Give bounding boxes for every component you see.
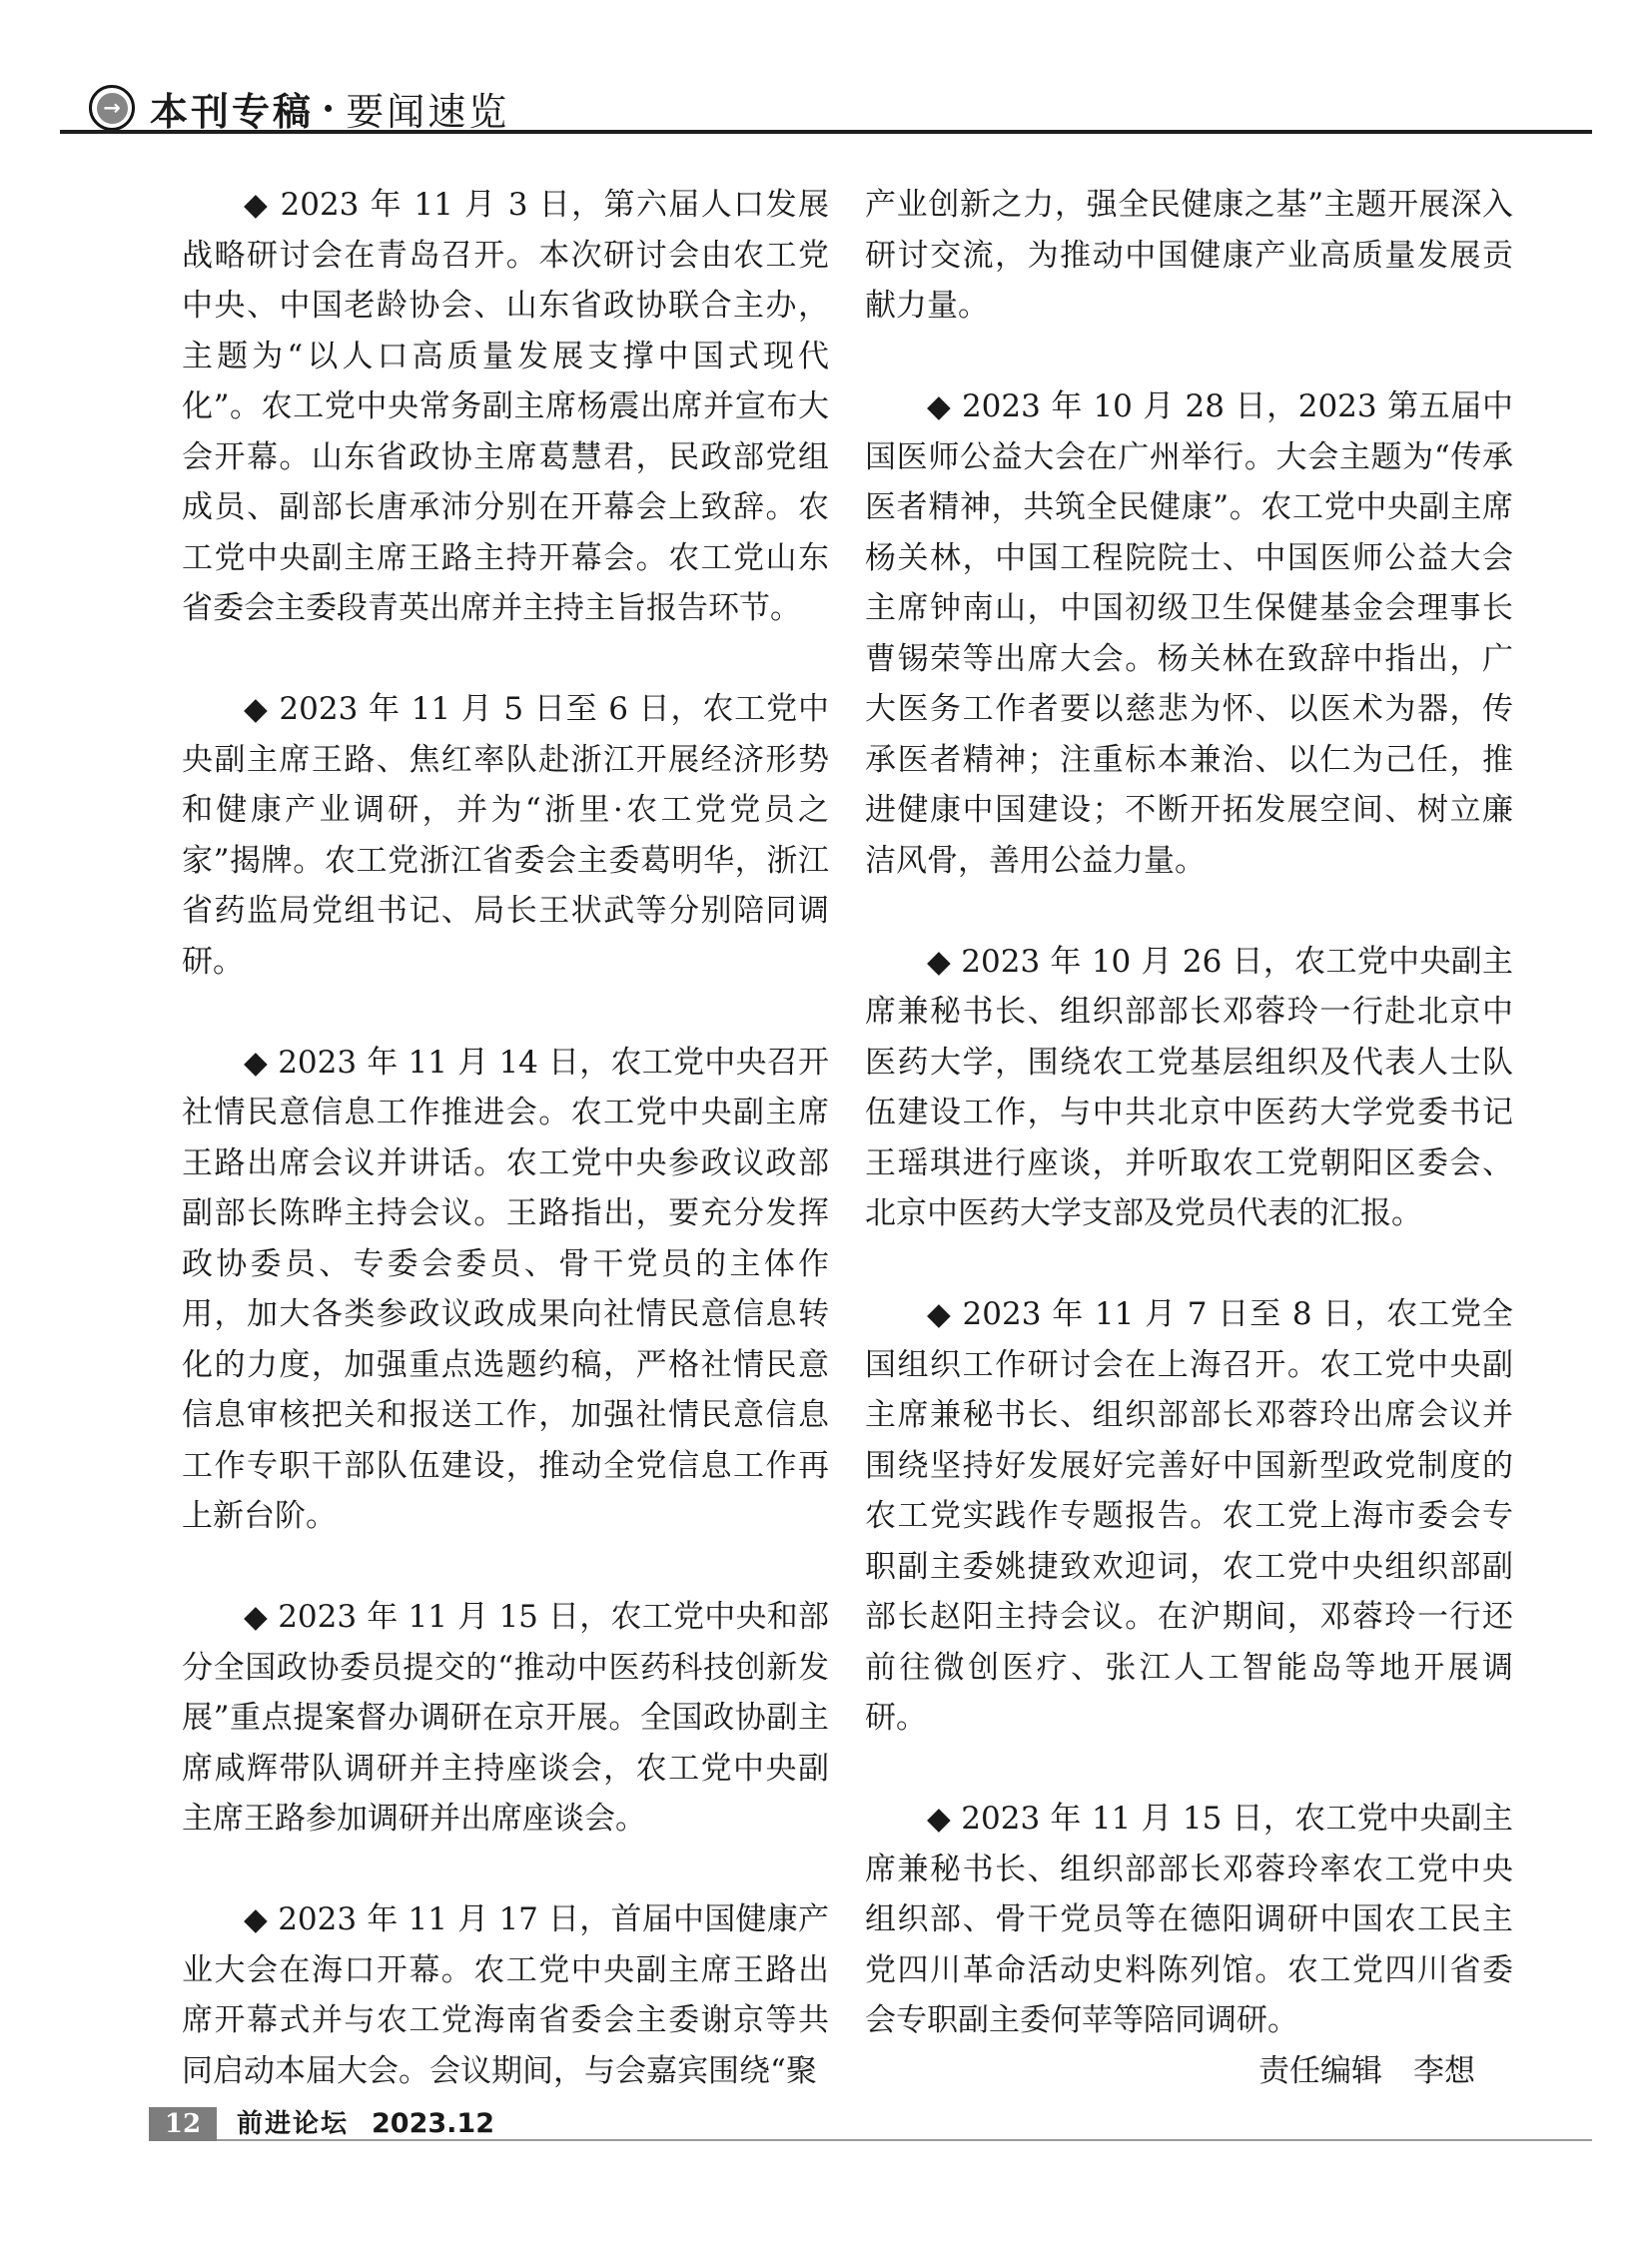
issue-number: 2023.12 xyxy=(372,2107,494,2141)
footer-rule xyxy=(217,2139,1592,2141)
paragraph: ◆ 2023 年 11 月 15 日，农工党中央副主席兼秘书长、组织部部长邓蓉玲… xyxy=(865,1794,1513,2046)
article-body: ◆ 2023 年 11 月 3 日，第六届人口发展战略研讨会在青岛召开。本次研讨… xyxy=(182,180,1513,2096)
section-title-main: 本刊专稿 xyxy=(150,81,314,136)
journal-name: 前进论坛 xyxy=(237,2107,349,2141)
paragraph: ◆ 2023 年 10 月 26 日，农工党中央副主席兼秘书长、组织部部长邓蓉玲… xyxy=(865,937,1513,1239)
paragraph: ◆ 2023 年 11 月 14 日，农工党中央召开社情民意信息工作推进会。农工… xyxy=(182,1038,829,1542)
arrow-right-circle-icon: → xyxy=(89,85,135,131)
paragraph-continuation: 产业创新之力，强全民健康之基”主题开展深入研讨交流，为推动中国健康产业高质量发展… xyxy=(865,180,1513,332)
editor-name: 李想 xyxy=(1413,2053,1475,2089)
paragraph: ◆ 2023 年 10 月 28 日，2023 第五届中国医师公益大会在广州举行… xyxy=(865,381,1513,886)
paragraph: ◆ 2023 年 11 月 15 日，农工党中央和部分全国政协委员提交的“推动中… xyxy=(182,1592,829,1845)
editor-credit: 责任编辑李想 xyxy=(865,2046,1513,2097)
paragraph: ◆ 2023 年 11 月 3 日，第六届人口发展战略研讨会在青岛召开。本次研讨… xyxy=(182,180,829,634)
section-title-sub: 要闻速览 xyxy=(346,81,509,136)
arrow-glyph: → xyxy=(97,93,128,124)
editor-label: 责任编辑 xyxy=(1258,2053,1382,2089)
section-title-separator: · xyxy=(322,86,338,131)
right-column: 产业创新之力，强全民健康之基”主题开展深入研讨交流，为推动中国健康产业高质量发展… xyxy=(865,180,1513,2096)
section-header: 本刊专稿 · 要闻速览 xyxy=(150,84,509,132)
header-rule xyxy=(60,130,1592,134)
paragraph: ◆ 2023 年 11 月 17 日，首届中国健康产业大会在海口开幕。农工党中央… xyxy=(182,1894,829,2096)
page-number-badge: 12 xyxy=(149,2107,217,2141)
paragraph: ◆ 2023 年 11 月 5 日至 6 日，农工党中央副主席王路、焦红率队赴浙… xyxy=(182,684,829,987)
right-column-paragraphs: ◆ 2023 年 10 月 28 日，2023 第五届中国医师公益大会在广州举行… xyxy=(865,381,1513,2046)
paragraph: ◆ 2023 年 11 月 7 日至 8 日，农工党全国组织工作研讨会在上海召开… xyxy=(865,1289,1513,1744)
left-column: ◆ 2023 年 11 月 3 日，第六届人口发展战略研讨会在青岛召开。本次研讨… xyxy=(182,180,829,2096)
